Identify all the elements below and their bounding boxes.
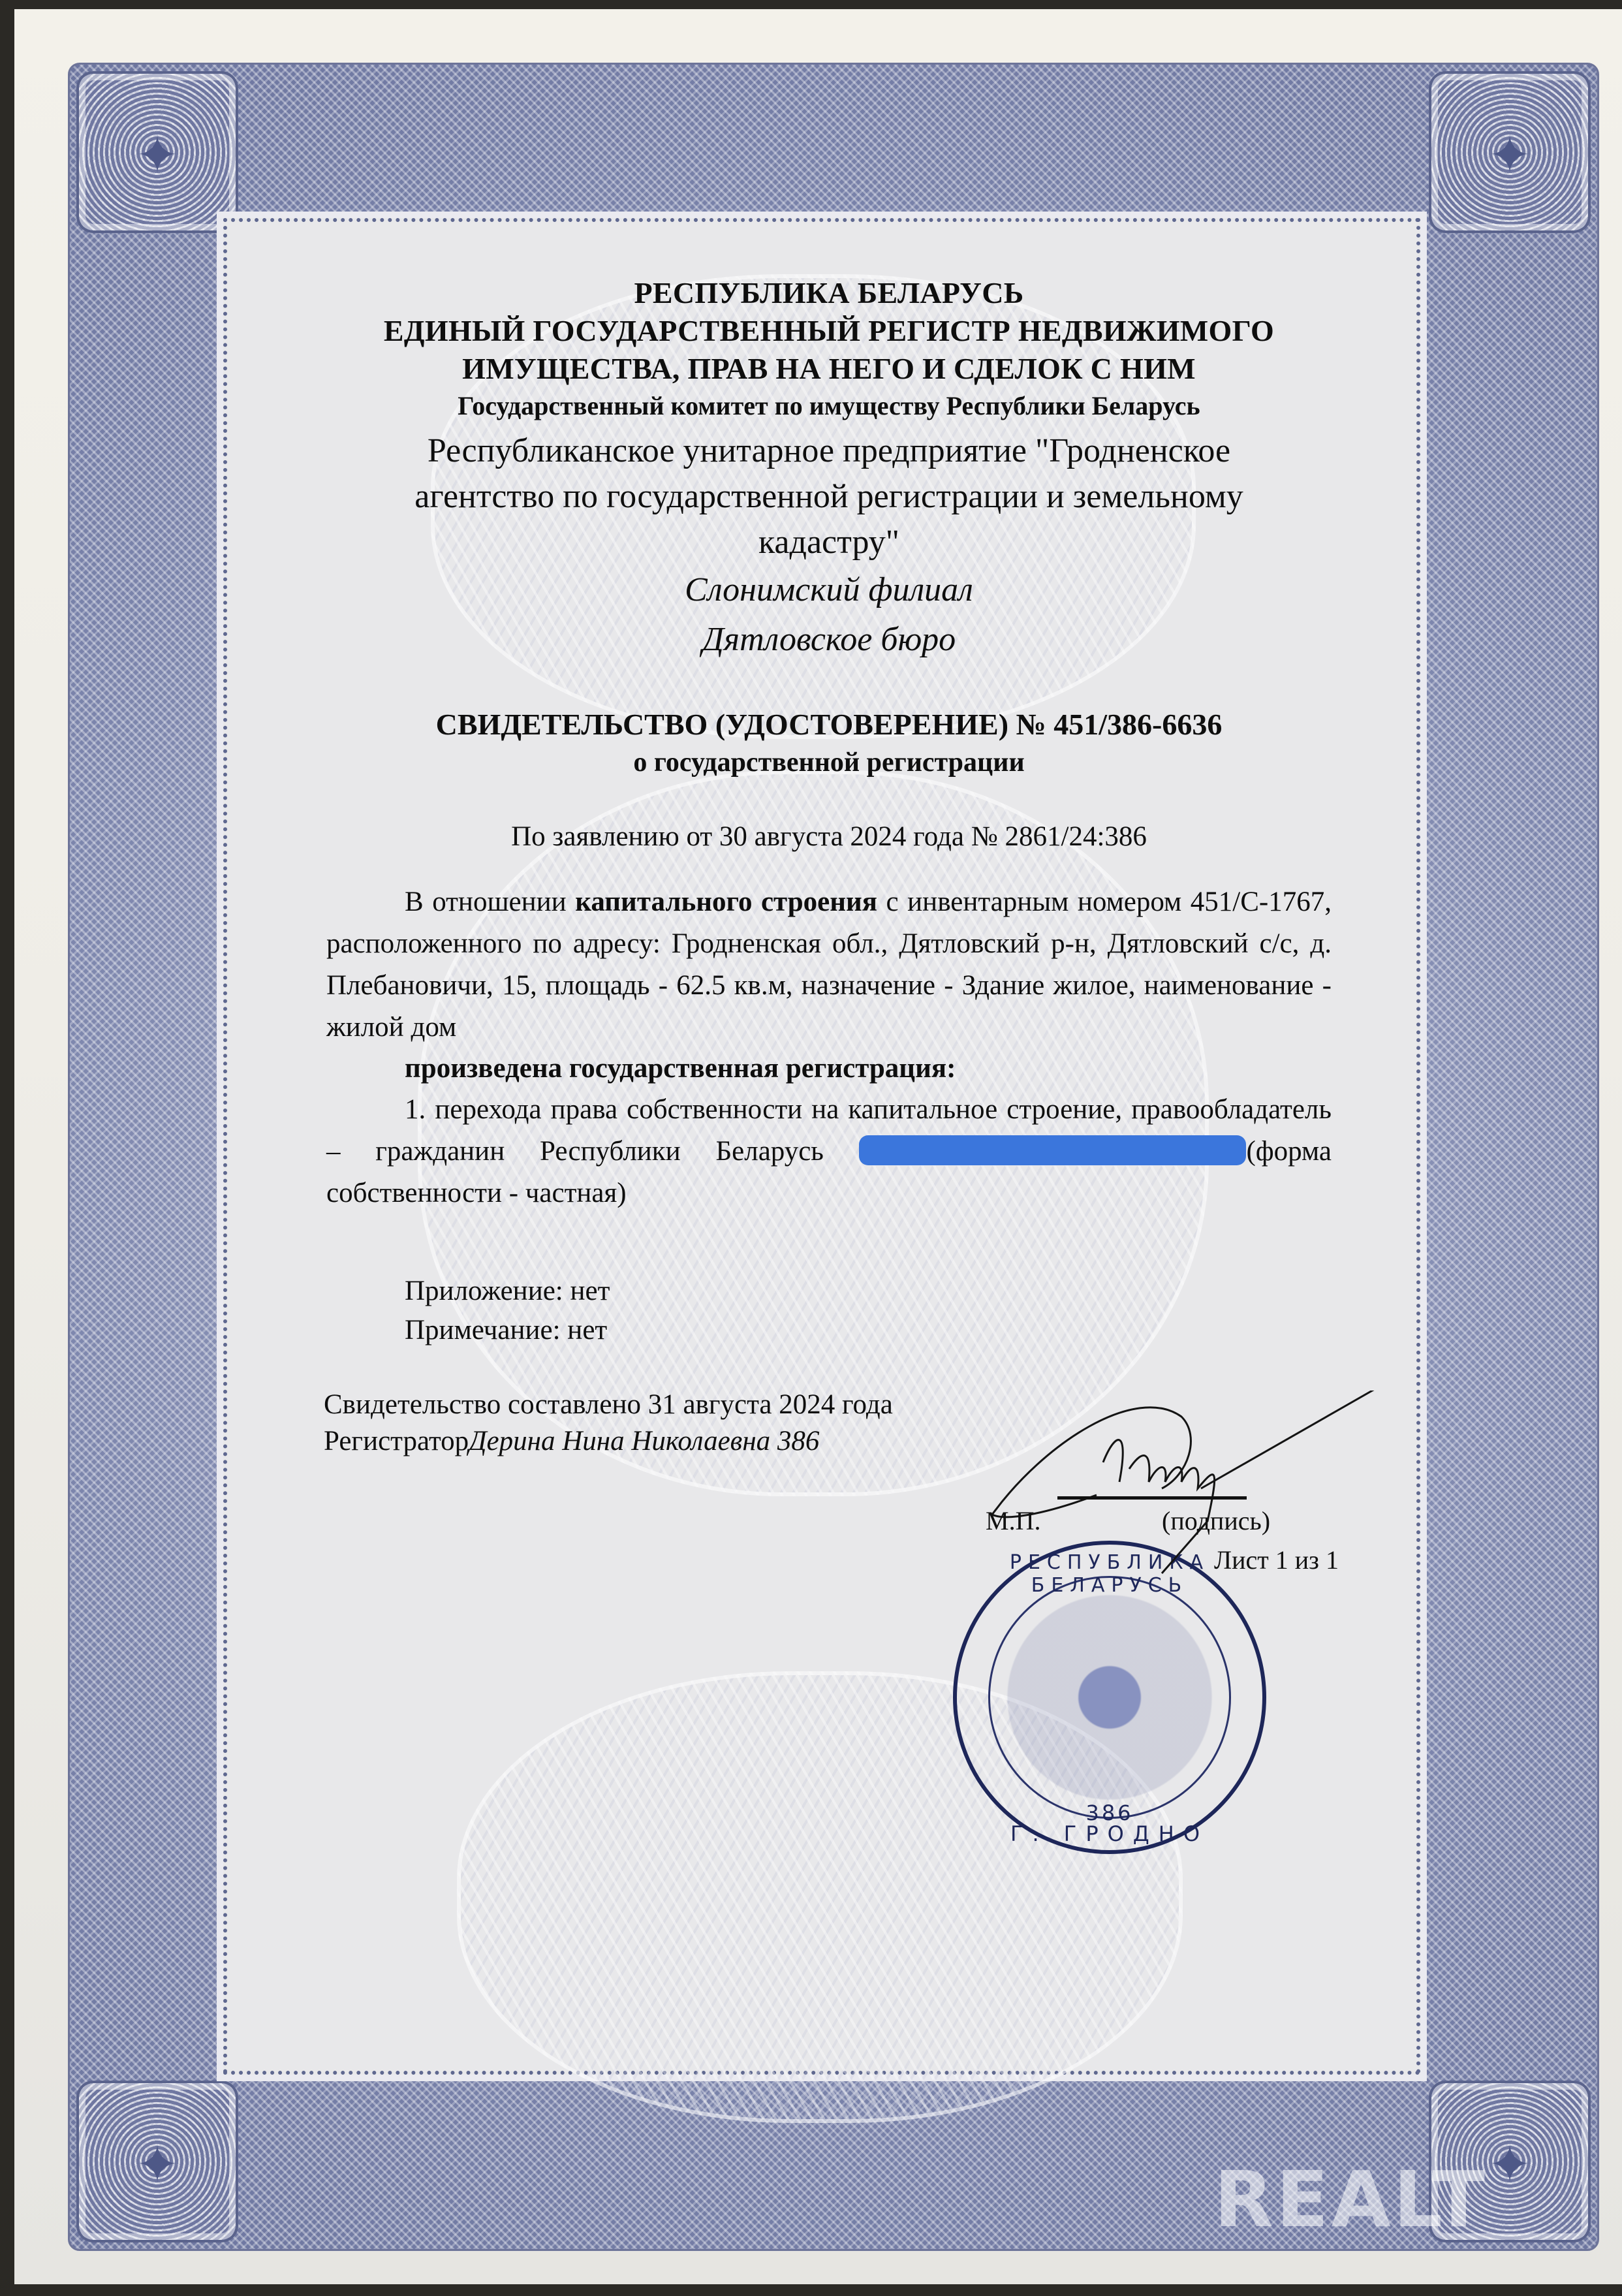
registrar-name: Дерина Нина Николаевна 386 — [469, 1426, 819, 1456]
watermark-logo: REALT — [1214, 2154, 1488, 2244]
committee-heading: Государственный комитет по имуществу Рес… — [326, 388, 1332, 424]
certificate-subtitle: о государственной регистрации — [326, 744, 1332, 781]
signature-block: М.П. (подпись) Лист 1 из 1 — [966, 1391, 1384, 1586]
branch-name: Слонимский филиал — [326, 565, 1332, 615]
corner-rosette-icon — [76, 71, 238, 233]
country-heading: РЕСПУБЛИКА БЕЛАРУСЬ — [326, 274, 1332, 312]
stamp-emblem-icon — [988, 1576, 1231, 1819]
official-stamp: РЕСПУБЛИКА БЕЛАРУСЬ 386 Г. ГРОДНО — [953, 1541, 1266, 1854]
bureau-name: Дятловское бюро — [326, 615, 1332, 665]
enterprise-line3: кадастру" — [326, 520, 1332, 565]
signature-line — [1057, 1496, 1247, 1500]
redacted-owner-name-cont — [1089, 1135, 1246, 1165]
stamp-city: Г. ГРОДНО — [957, 1821, 1262, 1846]
enterprise-line2: агентство по государственной регистрации… — [326, 474, 1332, 520]
seal-label: М.П. — [986, 1505, 1040, 1536]
registration-heading: произведена государственная регистрация: — [326, 1048, 1332, 1089]
application-reference: По заявлению от 30 августа 2024 года № 2… — [326, 819, 1332, 855]
appendix-line: Приложение: нет — [326, 1272, 1332, 1311]
registry-heading-line1: ЕДИНЫЙ ГОСУДАРСТВЕННЫЙ РЕГИСТР НЕДВИЖИМО… — [326, 312, 1332, 350]
property-description: В отношении капитального строения с инве… — [326, 881, 1332, 1048]
certificate-content: РЕСПУБЛИКА БЕЛАРУСЬ ЕДИНЫЙ ГОСУДАРСТВЕНН… — [326, 274, 1332, 1460]
enterprise-line1: Республиканское унитарное предприятие "Г… — [326, 428, 1332, 474]
registry-heading-line2: ИМУЩЕСТВА, ПРАВ НА НЕГО И СДЕЛОК С НИМ — [326, 350, 1332, 388]
note-line: Примечание: нет — [326, 1311, 1332, 1350]
corner-rosette-icon — [76, 2081, 238, 2242]
certificate-title: СВИДЕТЕЛЬСТВО (УДОСТОВЕРЕНИЕ) № 451/386-… — [326, 705, 1332, 744]
corner-rosette-icon — [1429, 71, 1591, 233]
sheet-count: Лист 1 из 1 — [1214, 1545, 1339, 1575]
signature-label: (подпись) — [1162, 1505, 1270, 1536]
registration-item-1: 1. перехода права собственности на капит… — [326, 1089, 1332, 1214]
property-type: капитального строения — [575, 887, 877, 917]
